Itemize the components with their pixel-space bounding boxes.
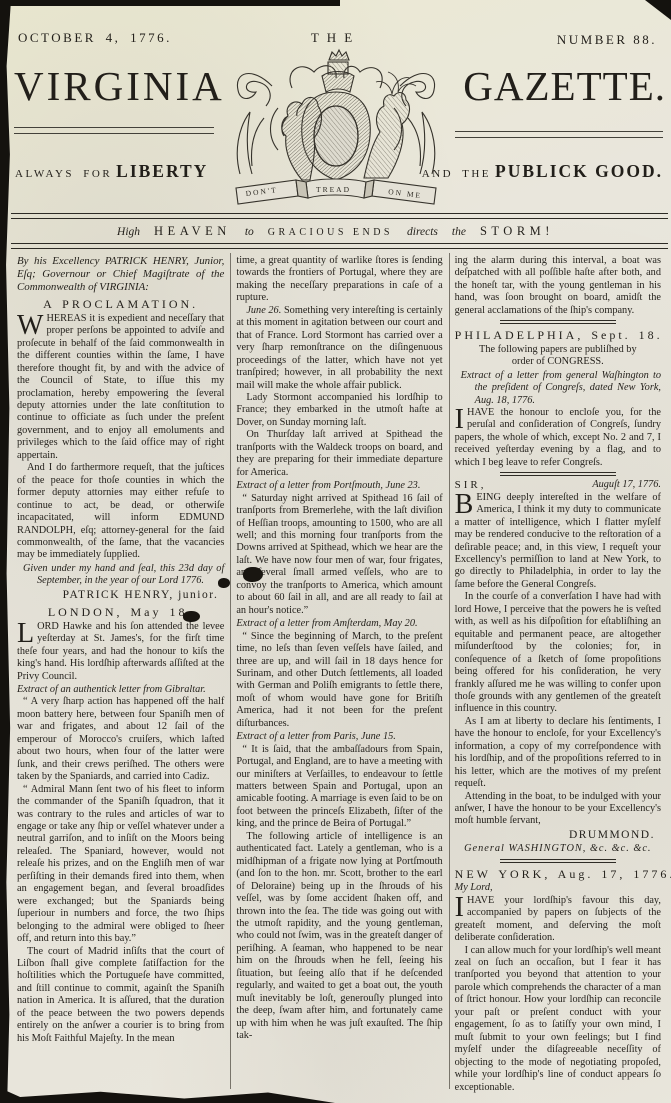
issue-number: NUMBER 88. [557,32,657,48]
newspaper-page: OCTOBER 4, 1776. THE NUMBER 88. VIRGINIA… [0,0,671,1103]
drop-cap: I [455,895,467,919]
masthead-full-rule-top [11,213,668,219]
drop-cap: W [17,313,46,337]
paragraph: In the courſe of a converſation I have h… [455,591,661,716]
motto-word: STORM! [480,224,554,238]
letter-salutation-mylord: My Lord, [455,882,661,894]
motto-word: directs [407,226,438,238]
letter-salutation-drummond: SIR,Auguſt 17, 1776. [455,479,661,491]
paragraph: Lady Stormont accompanied his lordſhip t… [236,392,442,429]
slogan-left-big: LIBERTY [116,161,208,181]
ribbon-text-tread: TREAD [316,185,351,194]
salutation: SIR, [455,479,487,491]
paragraph: “ Admiral Mann ſent two of his fleet to … [17,784,224,946]
new-york-dateline: NEW YORK, Aug. 17, 1776. [455,868,661,880]
divider-rule [500,859,616,863]
paragraph: The following article of intelligence is… [236,831,442,1043]
slogan-right-big: PUBLICK GOOD. [495,161,663,181]
paragraph: June 26. Something very intereſting is c… [236,305,442,392]
motto-line: High HEAVEN to GRACIOUS ENDS directs the… [0,222,671,240]
motto-word: GRACIOUS ENDS [268,227,393,238]
proclamation-heading: A PROCLAMATION. [17,298,224,310]
paragraph: ing the alarm during this interval, a bo… [455,255,661,317]
motto-word: to [245,226,254,238]
paragraph: IHAVE the honour to encloſe you, for the… [455,407,661,469]
slogan-left: ALWAYS FOR LIBERTY [15,161,208,182]
drop-cap: I [455,407,467,431]
coat-of-arms: DON'T TREAD ON ME [222,48,450,220]
extract-heading-portsmouth: Extract of a letter from Portſmouth, Jun… [236,480,442,492]
extract-heading-amsterdam: Extract of a letter from Amſterdam, May … [236,618,442,630]
slogan-left-small: ALWAYS FOR [15,168,112,180]
column-2: time, a great quantity of warlike ſtores… [230,253,448,1089]
slogan-right: AND THE PUBLICK GOOD. [422,161,663,182]
column-3: ing the alarm during this interval, a bo… [449,253,667,1089]
paragraph: The court of Madrid inſiſts that the cou… [17,946,224,1046]
paragraph: BEING deeply intereſted in the welfare o… [455,492,661,592]
extract-heading-paris: Extract of a letter from Paris, June 15. [236,731,442,743]
article-columns: By his Excellency PATRICK HENRY, Junior,… [12,253,667,1089]
drop-cap: L [17,621,37,645]
signature-drummond: DRUMMOND. [455,829,655,841]
paragraph: “ A very ſharp action has happened off t… [17,696,224,783]
paragraph: “ Since the beginning of March, to the p… [236,631,442,731]
paragraph: The following papers are publiſhed by [455,344,661,356]
crest-icon [329,50,349,60]
paragraph: “ Saturday night arrived at Spithead 16 … [236,493,442,618]
paragraph: As I am at liberty to declare his ſentim… [455,716,661,791]
stag-supporter-icon [364,93,409,178]
extract-heading-gibraltar: Extract of an authentick letter from Gib… [17,684,224,696]
paragraph: time, a great quantity of warlike ſtores… [236,255,442,305]
philadelphia-dateline: PHILADELPHIA, Sept. 18. [455,329,661,341]
dateline-lead: June 26. [246,305,281,316]
divider-rule [500,320,616,324]
paragraph: IHAVE your lordſhip's favour this day, a… [455,895,661,945]
masthead: OCTOBER 4, 1776. THE NUMBER 88. VIRGINIA… [0,0,671,252]
motto-word: HEAVEN [154,224,231,238]
scan-edge-bottom [0,1088,335,1103]
proclamation-body: WHEREAS it is expedient and neceſſary th… [17,313,224,462]
paragraph: Attending in the boat, to be indulged wi… [455,791,661,828]
paragraph: Given under my hand and ſeal, this 23d d… [17,563,224,588]
masthead-full-rule-bottom [11,243,668,249]
paragraph: order of CONGRESS. [455,356,661,368]
drop-cap: B [455,492,477,516]
masthead-rule-left [14,127,214,134]
masthead-rule-right [455,131,663,138]
address-general-washington: General WASHINGTON, &c. &c. &c. [455,843,661,855]
divider-rule [500,472,616,476]
paragraph: I can allow much for your lordſhip's wel… [455,945,661,1094]
ink-blot [183,611,200,622]
signature-patrick-henry: PATRICK HENRY, junior. [17,589,218,601]
column-1: By his Excellency PATRICK HENRY, Junior,… [12,253,230,1089]
proclamation-byline: By his Excellency PATRICK HENRY, Junior,… [17,255,224,293]
plant-right-icon [408,112,435,174]
paragraph: And I do farthermore requeſt, that the j… [17,462,224,562]
mantling-left-icon [237,74,272,106]
title-gazette: GAZETTE. [463,62,666,110]
letter-date: Auguſt 17, 1776. [592,479,661,491]
extract-heading-washington: Extract of a letter from general Waſhing… [455,370,661,407]
paragraph: “ It is ſaid, that the ambaſſadours from… [236,744,442,831]
paragraph: On Thurſday laſt arrived at Spithead the… [236,429,442,479]
motto-word: High [117,226,140,238]
plant-left-icon [237,112,264,174]
title-virginia: VIRGINIA [14,62,225,110]
paragraph: LORD Hawke and his ſon attended the leve… [17,621,224,683]
motto-word: the [452,226,466,238]
